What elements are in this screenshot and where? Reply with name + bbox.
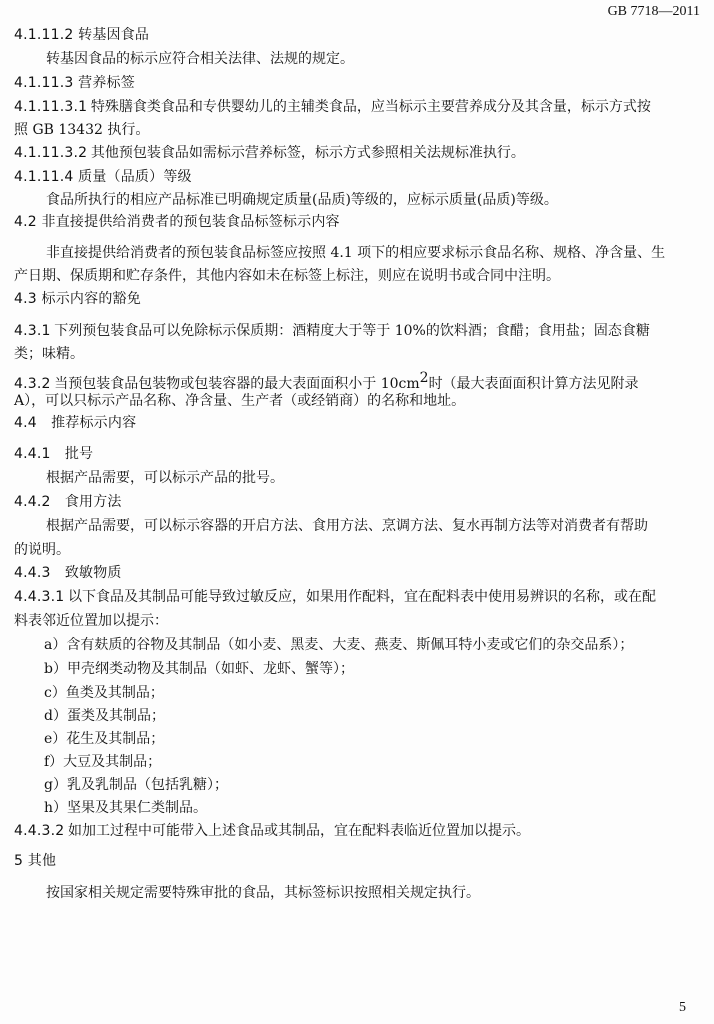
- clause-text: 时（最大表面面积计算方法见附录: [429, 376, 639, 392]
- clause-number: 4.1.11.3.1: [14, 99, 87, 115]
- section-heading: 4.1.11.3 营养标签: [14, 75, 135, 91]
- list-item: e）花生及其制品；: [44, 731, 164, 747]
- s5-heading: 5 其他: [14, 852, 56, 870]
- section-heading: 4.4.1 批号: [14, 446, 93, 462]
- s4-3-heading: 4.3 标示内容的豁免: [14, 290, 141, 308]
- s4-4-3-1-line1: 4.4.3.1 以下食品及其制品可能导致过敏反应，如果用作配料，宜在配料表中使用…: [14, 588, 656, 606]
- s4-4-heading: 4.4 推荐标示内容: [14, 414, 136, 432]
- s4-1-11-3-1-line1: 4.1.11.3.1 特殊膳食类食品和专供婴幼儿的主辅类食品，应当标示主要营养成…: [14, 98, 651, 116]
- section-heading: 5 其他: [14, 853, 56, 869]
- clause-number: 4.4.3.1: [14, 589, 64, 605]
- clause-text: 如加工过程中可能带入上述食品或其制品，宜在配料表临近位置加以提示。: [68, 823, 530, 839]
- paragraph-text: 按国家相关规定需要特殊审批的食品，其标签标识按照相关规定执行。: [46, 885, 480, 901]
- list-a: a）含有麸质的谷物及其制品（如小麦、黑麦、大麦、燕麦、斯佩耳特小麦或它们的杂交品…: [44, 636, 633, 654]
- s4-3-2-line2: A），可以只标示产品名称、净含量、生产者（或经销商）的名称和地址。: [14, 392, 465, 410]
- list-g: g）乳及乳制品（包括乳糖）；: [44, 776, 228, 794]
- s4-4-1-heading: 4.4.1 批号: [14, 445, 93, 463]
- list-h: h）坚果及其果仁类制品。: [44, 799, 207, 817]
- clause-number: 4.3.1: [14, 323, 51, 339]
- s4-1-11-3-heading: 4.1.11.3 营养标签: [14, 74, 135, 92]
- s4-2-body-line1: 非直接提供给消费者的预包装食品标签应按照 4.1 项下的相应要求标示食品名称、规…: [46, 244, 665, 262]
- document-page: GB 7718—2011 4.1.11.2 转基因食品转基因食品的标示应符合相关…: [0, 0, 714, 1024]
- paragraph-text: 非直接提供给消费者的预包装食品标签应按照 4.1 项下的相应要求标示食品名称、规…: [46, 245, 665, 261]
- s4-1-11-2-body: 转基因食品的标示应符合相关法律、法规的规定。: [46, 50, 354, 68]
- s4-4-2-body-line1: 根据产品需要，可以标示容器的开启方法、食用方法、烹调方法、复水再制方法等对消费者…: [46, 517, 648, 535]
- paragraph-text: 根据产品需要，可以标示产品的批号。: [46, 470, 284, 486]
- section-heading: 4.2 非直接提供给消费者的预包装食品标签标示内容: [14, 214, 340, 230]
- list-c: c）鱼类及其制品；: [44, 684, 164, 702]
- list-item: d）蛋类及其制品；: [44, 708, 165, 724]
- s4-4-1-body: 根据产品需要，可以标示产品的批号。: [46, 469, 284, 487]
- list-item: a）含有麸质的谷物及其制品（如小麦、黑麦、大麦、燕麦、斯佩耳特小麦或它们的杂交品…: [44, 637, 633, 653]
- list-item: c）鱼类及其制品；: [44, 685, 164, 701]
- s4-4-3-heading: 4.4.3 致敏物质: [14, 564, 122, 582]
- s4-4-3-2: 4.4.3.2 如加工过程中可能带入上述食品或其制品，宜在配料表临近位置加以提示…: [14, 822, 530, 840]
- paragraph-text: 食品所执行的相应产品标准已明确规定质量(品质)等级的，应标示质量(品质)等级。: [46, 192, 558, 208]
- clause-number: 4.1.11.3.2: [14, 145, 87, 161]
- s5-body: 按国家相关规定需要特殊审批的食品，其标签标识按照相关规定执行。: [46, 884, 480, 902]
- list-e: e）花生及其制品；: [44, 730, 164, 748]
- paragraph-text: 料表邻近位置加以提示：: [14, 613, 168, 629]
- s4-1-11-4-heading: 4.1.11.4 质量（品质）等级: [14, 168, 192, 186]
- s4-2-body-line2: 产日期、保质期和贮存条件，其他内容如未在标签上标注，则应在说明书或合同中注明。: [14, 267, 560, 285]
- s4-3-1-line1: 4.3.1 下列预包装食品可以免除标示保质期：酒精度大于等于 10%的饮料酒；食…: [14, 322, 650, 340]
- section-heading: 4.4.2 食用方法: [14, 494, 122, 510]
- section-heading: 4.1.11.4 质量（品质）等级: [14, 169, 192, 185]
- paragraph-text: 转基因食品的标示应符合相关法律、法规的规定。: [46, 51, 354, 67]
- section-heading: 4.4 推荐标示内容: [14, 415, 136, 431]
- section-heading: 4.3 标示内容的豁免: [14, 291, 141, 307]
- s4-4-3-1-line2: 料表邻近位置加以提示：: [14, 612, 168, 630]
- paragraph-text: A），可以只标示产品名称、净含量、生产者（或经销商）的名称和地址。: [14, 393, 465, 409]
- clause-text: 特殊膳食类食品和专供婴幼儿的主辅类食品，应当标示主要营养成分及其含量，标示方式按: [91, 99, 651, 115]
- paragraph-text: 类；味精。: [14, 346, 84, 362]
- list-item: b）甲壳纲类动物及其制品（如虾、龙虾、蟹等）；: [44, 661, 354, 677]
- s4-1-11-3-1-line2: 照 GB 13432 执行。: [14, 121, 149, 139]
- clause-text: 当预包装食品包装物或包装容器的最大表面面积小于 10cm: [54, 376, 419, 392]
- superscript: 2: [420, 370, 429, 386]
- paragraph-text: 产日期、保质期和贮存条件，其他内容如未在标签上标注，则应在说明书或合同中注明。: [14, 268, 560, 284]
- paragraph-text: 照 GB 13432 执行。: [14, 122, 149, 138]
- list-f: f）大豆及其制品；: [44, 753, 161, 771]
- clause-number: 4.3.2: [14, 376, 51, 392]
- page-number: 5: [679, 1000, 686, 1016]
- s4-2-heading: 4.2 非直接提供给消费者的预包装食品标签标示内容: [14, 213, 340, 231]
- s4-3-2-line1: 4.3.2 当预包装食品包装物或包装容器的最大表面面积小于 10cm2时（最大表…: [14, 369, 639, 393]
- paragraph-text: 的说明。: [14, 542, 70, 558]
- s4-4-2-body-line2: 的说明。: [14, 541, 70, 559]
- s4-4-2-heading: 4.4.2 食用方法: [14, 493, 122, 511]
- section-heading: 4.1.11.2 转基因食品: [14, 27, 149, 43]
- clause-text: 以下食品及其制品可能导致过敏反应，如果用作配料，宜在配料表中使用易辨识的名称，或…: [68, 589, 656, 605]
- list-item: h）坚果及其果仁类制品。: [44, 800, 207, 816]
- list-d: d）蛋类及其制品；: [44, 707, 165, 725]
- s4-1-11-4-body: 食品所执行的相应产品标准已明确规定质量(品质)等级的，应标示质量(品质)等级。: [46, 191, 558, 209]
- clause-number: 4.4.3.2: [14, 823, 64, 839]
- s4-1-11-3-2: 4.1.11.3.2 其他预包装食品如需标示营养标签，标示方式参照相关法规标准执…: [14, 144, 525, 162]
- section-heading: 4.4.3 致敏物质: [14, 565, 122, 581]
- clause-text: 下列预包装食品可以免除标示保质期：酒精度大于等于 10%的饮料酒；食醋；食用盐；…: [54, 323, 650, 339]
- s4-3-1-line2: 类；味精。: [14, 345, 84, 363]
- clause-text: 其他预包装食品如需标示营养标签，标示方式参照相关法规标准执行。: [91, 145, 525, 161]
- list-item: g）乳及乳制品（包括乳糖）；: [44, 777, 228, 793]
- standard-code-header: GB 7718—2011: [608, 4, 700, 20]
- paragraph-text: 根据产品需要，可以标示容器的开启方法、食用方法、烹调方法、复水再制方法等对消费者…: [46, 518, 648, 534]
- s4-1-11-2-heading: 4.1.11.2 转基因食品: [14, 26, 149, 44]
- list-item: f）大豆及其制品；: [44, 754, 161, 770]
- list-b: b）甲壳纲类动物及其制品（如虾、龙虾、蟹等）；: [44, 660, 354, 678]
